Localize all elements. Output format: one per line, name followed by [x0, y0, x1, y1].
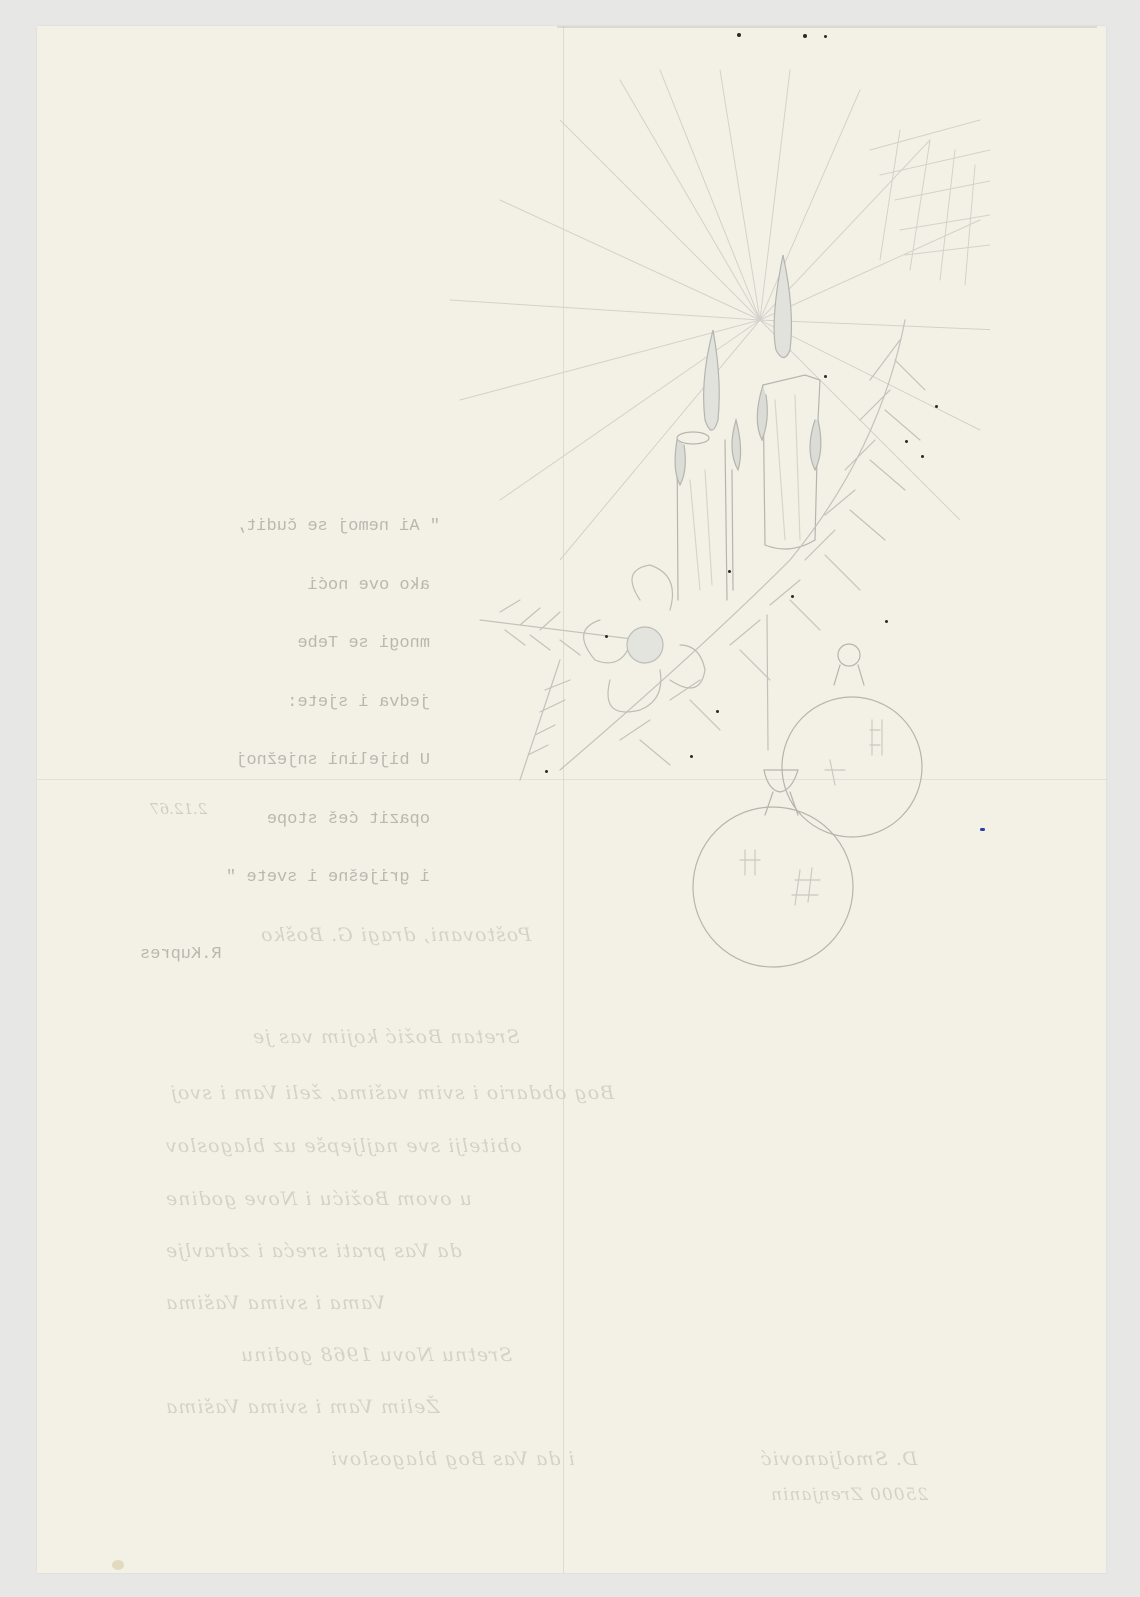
paper-stain	[112, 1560, 124, 1570]
top-edge-shadow	[557, 26, 1097, 28]
signature-place: 25000 Zrenjanin	[770, 1485, 928, 1505]
light-rays-icon	[450, 70, 990, 560]
poem-author: R.Kupres	[140, 945, 440, 965]
signature: D. Smoljanović	[760, 1448, 918, 1470]
poem-line: U bijelini snježnoj	[140, 751, 440, 771]
ink-speck	[885, 620, 888, 623]
poem-line: ako ove noći	[140, 576, 440, 596]
ink-speck	[791, 595, 794, 598]
handwriting-line: i da Vas Bog blagoslovi	[330, 1448, 575, 1470]
bauble-bottom-icon	[693, 770, 853, 967]
flower-icon	[584, 565, 705, 712]
candle-right-icon	[757, 255, 821, 549]
typed-poem: " Ai nemoj se čudit, ako ove noći mnogi …	[140, 478, 440, 984]
ink-speck	[605, 635, 608, 638]
handwriting-line: Bog obdario i svim vašima, želi Vam i sv…	[170, 1082, 614, 1104]
ink-dot	[824, 35, 827, 38]
handwriting-line: u ovom Božiću i Nove godine	[165, 1188, 472, 1210]
handwriting-line: Želim Vam i svima Vašima	[165, 1396, 440, 1418]
christmas-illustration	[430, 40, 990, 970]
ink-speck	[545, 770, 548, 773]
handwriting-line: Sretan Božić kojim vas je	[252, 1026, 520, 1048]
ink-dot	[803, 34, 807, 38]
ink-speck	[824, 375, 827, 378]
poem-line: jedva i sjete:	[140, 693, 440, 713]
ink-speck	[905, 440, 908, 443]
candle-left-icon	[675, 330, 740, 600]
ink-speck	[921, 455, 924, 458]
ink-speck	[716, 710, 719, 713]
ink-speck	[728, 570, 731, 573]
bauble-top-icon	[782, 644, 922, 837]
handwriting-line: Vama i svima Vašima	[165, 1292, 385, 1314]
ink-speck	[935, 405, 938, 408]
handwriting-line: obitelji sve najljepše uz blagoslov	[165, 1135, 522, 1157]
poem-line: " Ai nemoj se čudit,	[140, 517, 440, 537]
poem-line: mnogi se Tebe	[140, 634, 440, 654]
handwriting-line: Sretnu Novu 1968 godinu	[240, 1344, 512, 1366]
blue-pen-mark	[980, 828, 985, 831]
date-text: 2.12.67	[150, 800, 207, 818]
ink-speck	[690, 755, 693, 758]
handwriting-line: da Vas prati sreća i zdravlje	[165, 1240, 462, 1262]
poem-line: i griješne i svete "	[140, 868, 440, 888]
ink-dot	[737, 33, 741, 37]
